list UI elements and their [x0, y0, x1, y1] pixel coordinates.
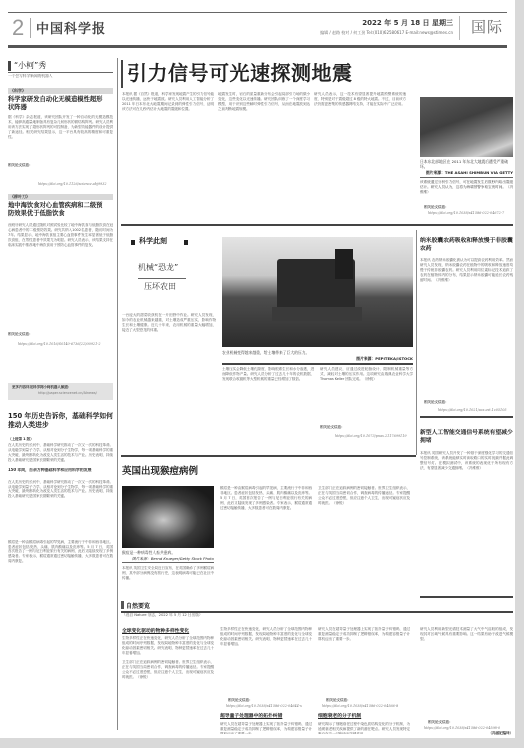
item2-headline: 地中海饮食对心血管疾病和二级预防效果优于低脂饮食: [8, 202, 108, 218]
column-subtitle: 一个会写科学新闻的机器人: [8, 74, 113, 79]
issue-date: 2022 年 5 月 18 日 星期三: [362, 18, 453, 28]
label-marker-left: [131, 240, 135, 245]
digest-item1-source: 相关论文信息：: [228, 698, 316, 703]
digest-item1-url[interactable]: https://doi.org/10.1038/s41586-022-04644…: [226, 704, 302, 708]
digest-label: 自然要览: [126, 601, 150, 610]
headline-marker: [121, 60, 123, 88]
science-moment-title-line2: 压坏农田: [144, 281, 176, 292]
monkeypox-body-col1: 本报讯 英国卫生安全局近日宣布，在英国确诊了多例猴痘病例，其中部分病例没有旅行史…: [122, 566, 214, 596]
science-moment-body-left: 一台庞大的甜菜收获机在一片田野中作业。研究人员发现，如今的农业机械越来越重，对土…: [122, 313, 216, 453]
lead-side-body: 该系统通过分析引力信号，可在地震发生后数秒内给出震级估计。研究人员认为，这将为海…: [420, 180, 513, 202]
digest-item1-body-col2: 生物多样性正在快速变化，研究人员分析了全球范围内物种组成的时间序列数据，发现局地…: [220, 627, 312, 697]
photo-rule: [420, 177, 513, 178]
harvester-caption-rule: [222, 363, 413, 365]
harvester-chute: [335, 249, 353, 279]
section-name: 国际: [471, 16, 503, 37]
masthead-divider: [30, 18, 31, 38]
right-item2-body: 本报讯 英国研究人员开发了一种基于深度强化学习的交通信号控制系统，该系统能够实时…: [420, 451, 513, 593]
digest-item2-body: 研究人员在超导量子处理器上实现了拓扑量子纠错码，通过重复测量稳定子成功抑制了逻辑…: [220, 722, 312, 734]
harvester-photo-credit: 图片来源：PEPITEKA/ISTOCK: [222, 356, 413, 362]
lead-body-col3: 研究人员表示，这一技术有望显著提升地震预警系统的速度，特别是对于震级超过 8 级…: [314, 92, 406, 222]
item2-tag: 《柳叶刀》: [8, 194, 113, 200]
feature-body-cont: 猴痘是一种由猴痘病毒引起的罕见病，主要流行于中非和西非地区。患者症状包括发热、头…: [8, 540, 113, 730]
right-item2-headline: 新型人工智能交通信号系统有望减少拥堵: [420, 430, 513, 445]
harvester-photo: [222, 237, 413, 347]
monkeypox-body-col3: 卫生部门正在追踪病例的密切接触者。世界卫生组织表示，正在与英国当局密切合作，调查…: [318, 486, 410, 594]
monkeypox-body-col2: 猴痘是一种由猴痘病毒引起的罕见病，主要流行于中非和西非地区。患者症状包括发热、头…: [220, 486, 312, 594]
notice-text: 更多内容详见科学网小柯机器人频道：: [12, 385, 112, 390]
science-moment-body-col3: 研究人员建议，应通过改进轮胎设计、限制机械重量等方式，减轻对土壤的压实作用。这项…: [320, 367, 413, 415]
digest-item3-body: 研究揭示了细胞衰老过程中染色质结构变化的分子机制，为延缓衰老相关疾病提供了新的潜…: [318, 722, 410, 734]
earthquake-photo: [420, 97, 513, 157]
column-marker: [8, 61, 11, 71]
digest-item4-body: 研究人员利用新型光谱技术测量了大气中气溶胶的组成，发现其对区域气候具有重要影响。…: [420, 627, 513, 723]
digest-item1-body-cont: 卫生部门正在追踪病例的密切接触者。世界卫生组织表示，正在与英国当局密切合作，调查…: [122, 660, 214, 736]
label-marker-right: [184, 240, 188, 245]
feature-tag: （上接第 1 版）: [8, 437, 113, 442]
lead-url[interactable]: https://doi.org/10.1038/s41586-022-04672…: [428, 211, 504, 215]
right-item1-url[interactable]: https://doi.org/10.1021/acs.est.1c05105: [438, 408, 507, 412]
right-bottom-rule: [420, 596, 513, 598]
editor-credits: 编辑 / 赵路 校对 / 何工劲 Tel:(010)62580617 E-mai…: [320, 30, 453, 36]
digest-item2-source: 相关论文信息：: [326, 698, 414, 703]
column-title: “小柯”秀: [14, 60, 46, 71]
right-item1-body: 本报讯 农药纳米胶囊化被认为可以提高农药利用效率。然而研究人员发现，纳米胶囊农药…: [420, 258, 513, 376]
notice-url[interactable]: http://paper.sciencenet.cn/AInews/: [38, 391, 97, 395]
right-item1-headline: 纳米胶囊农药吸收和释放慢于非胶囊农药: [420, 238, 513, 253]
item1-source: 相关论文信息：: [8, 163, 113, 168]
lead-headline: 引力信号可光速探测地震: [127, 60, 353, 86]
monkeypox-top-rule: [121, 455, 416, 457]
monkey-photo: [122, 486, 214, 548]
item2-source: 相关论文信息：: [8, 332, 113, 337]
digest-marker: [121, 601, 124, 609]
digest-subtitle: （选自 Nature 杂志，2022 年 5 月 12 日出版）: [122, 613, 322, 618]
item1-tag: 《科学》: [8, 88, 113, 94]
science-moment-body-col2: 土壤压实会降低土壤孔隙度，影响根系生长和水分渗透，进而降低作物产量。研究人员分析…: [222, 367, 314, 435]
digest-item2-url[interactable]: https://doi.org/10.1038/s41586-022-04566…: [322, 704, 398, 708]
item1-body: 据《科学》杂志报道，该研究团队开发了一种自动化的无模造模技术，能够高通量地制备具…: [8, 115, 113, 163]
monkeypox-headline: 英国出现猴痘病例: [122, 463, 198, 477]
digest-signature: （冯丽妃编译）: [460, 731, 513, 736]
paper-name-logo: 中国科学报: [36, 18, 106, 37]
item2-url[interactable]: https://doi.org/10.1016/S0140-6736(22)00…: [18, 342, 101, 346]
digest-item4-source: 相关论文信息：: [428, 720, 513, 725]
science-moment-title-rule: [138, 278, 186, 279]
lead-body-col1: 本报讯 据《自然》报道，科学家发现地震产生的引力信号能以光速传播，远快于地震波。…: [122, 92, 214, 222]
earthquake-photo-credit: 图片来源：THE ASAHI SHIMBUN VIA GETTY: [420, 170, 513, 176]
newspaper-page: 2 中国科学报 2022 年 5 月 18 日 星期三 编辑 / 赵路 校对 /…: [0, 0, 515, 738]
column-title-rule: [8, 72, 113, 73]
masthead-bottom-rule: [8, 45, 507, 48]
masthead-top-rule: [8, 12, 507, 13]
right-item-divider: [420, 416, 513, 418]
lead-source: 相关论文信息：: [424, 205, 514, 210]
harvester-base: [272, 307, 362, 321]
section-divider: [459, 16, 460, 40]
science-moment-source: 相关论文信息：: [320, 425, 410, 430]
digest-item4-url[interactable]: https://doi.org/10.1038/s41586-022-04598…: [424, 726, 500, 730]
lead-story-bottom-rule: [121, 224, 513, 226]
feature-subhead: 150 年间，百余万种基础科学和应用科学的发展: [8, 468, 113, 473]
digest-item2-body-cont: 研究人员在超导量子处理器上实现了拓扑量子纠错码，通过重复测量稳定子成功抑制了逻辑…: [318, 627, 410, 697]
monkey-photo-caption: 猴痘是一种病毒性人畜共患病。: [122, 550, 214, 555]
digest-item2-headline: 超导量子处理器中的拓扑纠错: [220, 712, 282, 719]
science-moment-title-line1: 机械“恐龙”: [138, 262, 178, 273]
feature-intro: 在人类历史的长河中，基础科学研究推动了一次又一次的科技革命。从电磁学到量子力学，…: [8, 443, 113, 465]
harvester-photo-caption: 农业机械变得越来越重，给土壤带来了巨大的压力。: [222, 350, 413, 355]
science-moment-label: 科学此刻: [139, 236, 167, 246]
item2-body: 西班牙研究人员通过随机对照试验比较了地中海饮食与低脂饮食在冠心病患者中的二级预防…: [8, 223, 113, 330]
item1-headline: 科学家研发自动化无模造模性超形状阵器: [8, 96, 108, 112]
digest-item3-headline: 细胞衰老的分子机制: [318, 712, 361, 719]
item1-url[interactable]: https://doi.org/10.1126/science.abj9932: [38, 182, 107, 186]
lead-body-col2: 地震发生时，岩石的质量重新分布会引起局部引力场的微小变化，这些变化以光速传播。研…: [218, 92, 310, 222]
feature-headline: 150 年历史告诉你，基础科学如何推动人类进步: [8, 412, 113, 430]
left-column-rule: [117, 58, 118, 730]
page-number: 2: [12, 14, 24, 42]
right-column-rule: [416, 230, 417, 455]
right-item1-source: 相关论文信息：: [424, 400, 514, 405]
earthquake-photo-caption: 日本东北部地区在 2011 年东北大地震后遭受严重破坏。: [420, 159, 513, 169]
monkey-caption-rule: [122, 562, 214, 563]
digest-item1-headline: 全球变化驱动的物种多样性变化: [122, 627, 189, 634]
science-moment-url[interactable]: https://doi.org/10.1073/pnas.2117699119: [335, 434, 407, 438]
